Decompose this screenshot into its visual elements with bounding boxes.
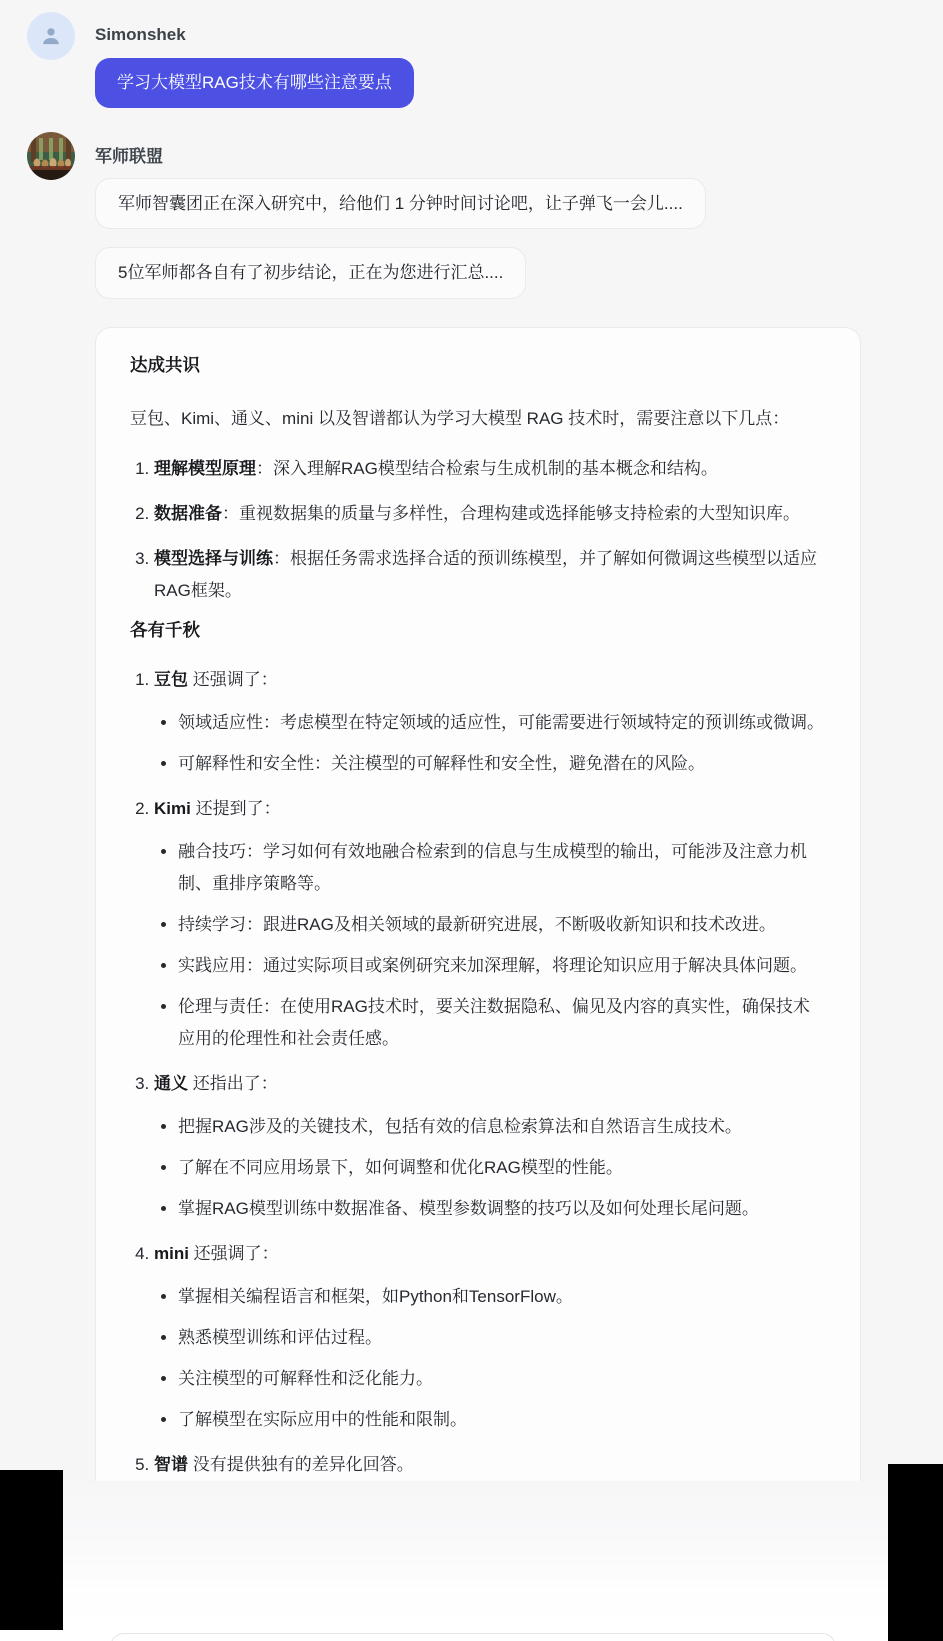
consensus-intro: 豆包、Kimi、通义、mini 以及智谱都认为学习大模型 RAG 技术时，需要注…	[130, 403, 826, 435]
user-name: Simonshek	[95, 12, 916, 58]
difference-item: 豆包 还强调了：领域适应性：考虑模型在特定领域的适应性，可能需要进行领域特定的预…	[154, 664, 826, 780]
difference-bullet-list: 领域适应性：考虑模型在特定领域的适应性，可能需要进行领域特定的预训练或微调。可解…	[154, 707, 826, 780]
person-icon	[38, 23, 64, 49]
bot-avatar[interactable]	[27, 132, 75, 180]
bot-status-bubble-1: 军师智囊团正在深入研究中，给他们 1 分钟时间讨论吧，让子弹飞一会儿....	[95, 178, 706, 230]
bot-name: 军师联盟	[95, 132, 916, 178]
difference-item: 通义 还指出了：把握RAG涉及的关键技术，包括有效的信息检索算法和自然语言生成技…	[154, 1068, 826, 1225]
consensus-item: 数据准备：重视数据集的质量与多样性，合理构建或选择能够支持检索的大型知识库。	[154, 498, 826, 530]
user-message-bubble: 学习大模型RAG技术有哪些注意要点	[95, 58, 414, 108]
difference-bullet-list: 融合技巧：学习如何有效地融合检索到的信息与生成模型的输出，可能涉及注意力机制、重…	[154, 836, 826, 1055]
bot-message-group: 军师联盟 军师智囊团正在深入研究中，给他们 1 分钟时间讨论吧，让子弹飞一会儿.…	[27, 132, 916, 1481]
difference-bullet: 实践应用：通过实际项目或案例研究来加深理解，将理论知识应用于解决具体问题。	[178, 950, 826, 982]
consensus-term: 数据准备	[154, 504, 222, 523]
difference-bullet: 了解在不同应用场景下，如何调整和优化RAG模型的性能。	[178, 1152, 826, 1184]
bot-report-bubble: 达成共识 豆包、Kimi、通义、mini 以及智谱都认为学习大模型 RAG 技术…	[95, 327, 861, 1481]
bot-avatar-image	[27, 132, 75, 180]
consensus-term: 理解模型原理	[154, 459, 256, 478]
consensus-heading: 达成共识	[130, 352, 826, 379]
model-name: Kimi	[154, 799, 191, 818]
difference-item: 智谱 没有提供独有的差异化回答。	[154, 1449, 826, 1481]
next-bubble-peek	[110, 1633, 836, 1641]
differences-list: 豆包 还强调了：领域适应性：考虑模型在特定领域的适应性，可能需要进行领域特定的预…	[130, 664, 826, 1481]
chat-screen: Simonshek 学习大模型RAG技术有哪些注意要点	[0, 0, 943, 1641]
difference-bullet: 关注模型的可解释性和泛化能力。	[178, 1363, 826, 1395]
difference-bullet: 把握RAG涉及的关键技术，包括有效的信息检索算法和自然语言生成技术。	[178, 1111, 826, 1143]
model-name: 通义	[154, 1074, 188, 1093]
letterbox-left	[0, 1470, 63, 1630]
model-name: 智谱	[154, 1455, 188, 1474]
consensus-item: 理解模型原理：深入理解RAG模型结合检索与生成机制的基本概念和结构。	[154, 453, 826, 485]
difference-bullet: 掌握RAG模型训练中数据准备、模型参数调整的技巧以及如何处理长尾问题。	[178, 1193, 826, 1225]
difference-bullet: 熟悉模型训练和评估过程。	[178, 1322, 826, 1354]
difference-item: Kimi 还提到了：融合技巧：学习如何有效地融合检索到的信息与生成模型的输出，可…	[154, 793, 826, 1055]
difference-bullet: 持续学习：跟进RAG及相关领域的最新研究进展，不断吸收新知识和技术改进。	[178, 909, 826, 941]
model-name: 豆包	[154, 670, 188, 689]
differences-heading: 各有千秋	[130, 617, 826, 644]
difference-bullet-list: 把握RAG涉及的关键技术，包括有效的信息检索算法和自然语言生成技术。了解在不同应…	[154, 1111, 826, 1225]
user-avatar[interactable]	[27, 12, 75, 60]
difference-bullet: 掌握相关编程语言和框架，如Python和TensorFlow。	[178, 1281, 826, 1313]
difference-bullet: 融合技巧：学习如何有效地融合检索到的信息与生成模型的输出，可能涉及注意力机制、重…	[178, 836, 826, 900]
bottom-fade-gradient	[0, 1470, 943, 1641]
difference-bullet: 了解模型在实际应用中的性能和限制。	[178, 1404, 826, 1436]
difference-bullet: 伦理与责任：在使用RAG技术时，要关注数据隐私、偏见及内容的真实性，确保技术应用…	[178, 991, 826, 1055]
model-name: mini	[154, 1244, 189, 1263]
difference-item: mini 还强调了：掌握相关编程语言和框架，如Python和TensorFlow…	[154, 1238, 826, 1436]
consensus-term: 模型选择与训练	[154, 549, 273, 568]
bot-status-bubble-2: 5位军师都各自有了初步结论，正在为您进行汇总....	[95, 247, 526, 299]
consensus-item: 模型选择与训练：根据任务需求选择合适的预训练模型，并了解如何微调这些模型以适应R…	[154, 543, 826, 607]
difference-bullet-list: 掌握相关编程语言和框架，如Python和TensorFlow。熟悉模型训练和评估…	[154, 1281, 826, 1436]
difference-bullet: 可解释性和安全性：关注模型的可解释性和安全性，避免潜在的风险。	[178, 748, 826, 780]
user-message-group: Simonshek 学习大模型RAG技术有哪些注意要点	[27, 12, 916, 108]
letterbox-right	[888, 1464, 943, 1641]
consensus-list: 理解模型原理：深入理解RAG模型结合检索与生成机制的基本概念和结构。数据准备：重…	[130, 453, 826, 607]
difference-bullet: 领域适应性：考虑模型在特定领域的适应性，可能需要进行领域特定的预训练或微调。	[178, 707, 826, 739]
message-list: Simonshek 学习大模型RAG技术有哪些注意要点	[27, 12, 916, 1491]
